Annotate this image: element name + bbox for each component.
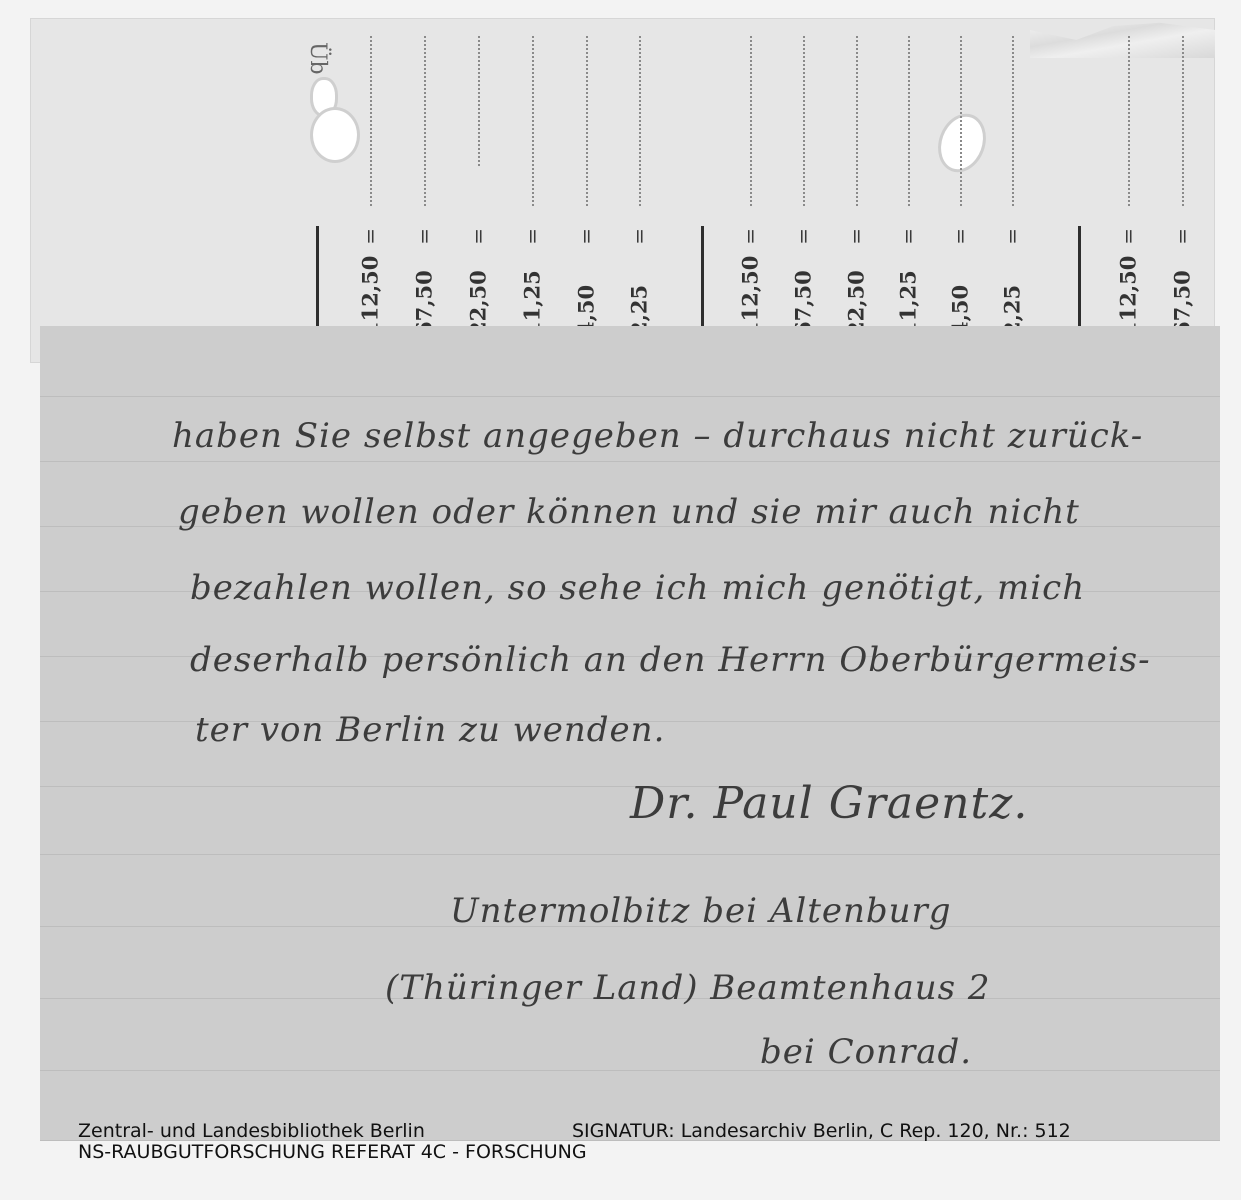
rate-value: 22,50	[466, 254, 491, 336]
address-line: Untermolbitz bei Altenburg	[450, 891, 952, 931]
rate-column: = 2,25	[992, 18, 1032, 348]
address-line: bei Conrad.	[760, 1032, 972, 1072]
rate-column: = 112,50	[350, 18, 390, 348]
rate-value: 67,50	[791, 254, 816, 336]
equals-sign: =	[520, 228, 544, 245]
rate-column: = 67,50	[783, 18, 823, 348]
rate-value: 2,25	[1000, 254, 1025, 336]
equals-sign: =	[948, 228, 972, 245]
equals-sign: =	[1116, 228, 1140, 245]
equals-sign: =	[574, 228, 598, 245]
rate-value: 11,25	[520, 254, 545, 336]
rate-value: 2,25	[627, 254, 652, 336]
rate-value: 4,50	[574, 254, 599, 336]
printed-form-strip: Üb = 112,50 = 67,50 = 22,50 = 11,25	[30, 18, 1215, 363]
rate-value: 4,50	[948, 254, 973, 336]
department-name: NS-RAUBGUTFORSCHUNG REFERAT 4C - FORSCHU…	[78, 1142, 587, 1163]
equals-sign: =	[1000, 228, 1024, 245]
equals-sign: =	[1170, 228, 1194, 245]
ruled-line	[40, 1070, 1220, 1071]
equals-sign: =	[896, 228, 920, 245]
rate-column: = 22,50	[836, 18, 876, 348]
address-line: (Thüringer Land) Beamtenhaus 2	[385, 968, 991, 1008]
equals-sign: =	[791, 228, 815, 245]
handwritten-letter: haben Sie selbst angegeben – durchaus ni…	[40, 326, 1220, 1140]
punch-hole-icon	[313, 80, 335, 114]
rate-column: = 67,50	[1162, 18, 1202, 348]
rate-column: = 2,25	[619, 18, 659, 348]
rate-column: = 67,50	[404, 18, 444, 348]
archive-footer: Zentral- und Landesbibliothek Berlin SIG…	[78, 1121, 1071, 1163]
rate-column: = 4,50	[566, 18, 606, 348]
equals-sign: =	[627, 228, 651, 245]
ruled-line	[40, 461, 1220, 462]
equals-sign: =	[738, 228, 762, 245]
ruled-line	[40, 396, 1220, 397]
scanned-document: Üb = 112,50 = 67,50 = 22,50 = 11,25	[0, 0, 1241, 1200]
equals-sign: =	[466, 228, 490, 245]
rate-column: = 11,25	[512, 18, 552, 348]
equals-sign: =	[844, 228, 868, 245]
ruled-line	[40, 854, 1220, 855]
rate-column: = 112,50	[730, 18, 770, 348]
rate-column: = 11,25	[888, 18, 928, 348]
institution-name: Zentral- und Landesbibliothek Berlin	[78, 1121, 572, 1142]
letter-line: deserhalb persönlich an den Herrn Oberbü…	[190, 640, 1151, 680]
rate-column: = 22,50	[458, 18, 498, 348]
rate-value: 67,50	[412, 254, 437, 336]
equals-sign: =	[358, 228, 382, 245]
rate-value: 112,50	[358, 254, 383, 336]
letter-line: geben wollen oder können und sie mir auc…	[178, 492, 1080, 532]
letter-line: ter von Berlin zu wenden.	[195, 710, 665, 750]
rate-value: 22,50	[844, 254, 869, 336]
equals-sign: =	[412, 228, 436, 245]
form-heading-fragment: Üb	[305, 42, 330, 75]
rate-value: 67,50	[1170, 254, 1195, 336]
archive-signatur: SIGNATUR: Landesarchiv Berlin, C Rep. 12…	[572, 1121, 1071, 1142]
rate-value: 11,25	[896, 254, 921, 336]
rate-column: = 112,50	[1108, 18, 1148, 348]
rate-value: 112,50	[738, 254, 763, 336]
letter-line: haben Sie selbst angegeben – durchaus ni…	[172, 416, 1143, 456]
letter-line: bezahlen wollen, so sehe ich mich genöti…	[190, 568, 1085, 608]
signature: Dr. Paul Graentz.	[630, 778, 1028, 829]
rate-column: = 4,50	[940, 18, 980, 348]
rate-value: 112,50	[1116, 254, 1141, 336]
